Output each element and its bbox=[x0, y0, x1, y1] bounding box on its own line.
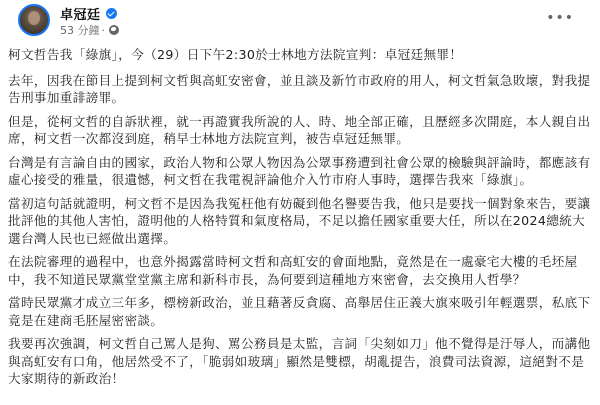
verified-badge-icon bbox=[106, 8, 117, 19]
post-paragraph: 去年，因我在節目上提到柯文哲與高虹安密會，並且談及新竹市政府的用人，柯文哲氣急敗… bbox=[8, 72, 592, 107]
post-paragraph: 我要再次強調，柯文哲自己罵人是狗、罵公務員是太監，言詞「尖刻如刀」他不覺得是汙辱… bbox=[8, 335, 592, 388]
post-timestamp[interactable]: 53 分鐘 bbox=[60, 22, 100, 38]
post-header: 卓冠廷 53 分鐘 · ••• bbox=[8, 0, 592, 46]
post-meta: 53 分鐘 · bbox=[60, 22, 119, 38]
post-paragraph: 當初這句話就證明，柯文哲不是因為我冤枉他有妨礙到他名譽要告我，他只是要找一個對象… bbox=[8, 195, 592, 248]
post-paragraph: 當時民眾黨才成立三年多，標榜新政治，並且藉著反貪腐、高舉居住正義大旗來吸引年輕選… bbox=[8, 294, 592, 329]
facebook-post: 卓冠廷 53 分鐘 · ••• 柯文哲告我「綠旗」，今（29）日下午2:30於士… bbox=[0, 0, 600, 405]
post-paragraph: 但是，從柯文哲的自訴狀裡，就一再證實我所說的人、時、地全部正確，且歷經多次開庭，… bbox=[8, 113, 592, 148]
post-body: 柯文哲告我「綠旗」，今（29）日下午2:30於士林地方法院宣判：卓冠廷無罪！ 去… bbox=[8, 46, 592, 388]
post-paragraph: 台灣是有言論自由的國家，政治人物和公眾人物因為公眾事務遭到社會公眾的檢驗與評論時… bbox=[8, 154, 592, 189]
more-options-button[interactable]: ••• bbox=[546, 10, 574, 26]
author-row: 卓冠廷 bbox=[60, 4, 117, 23]
meta-separator: · bbox=[102, 24, 106, 37]
avatar[interactable] bbox=[18, 4, 50, 36]
author-name[interactable]: 卓冠廷 bbox=[60, 4, 101, 23]
post-paragraph: 柯文哲告我「綠旗」，今（29）日下午2:30於士林地方法院宣判：卓冠廷無罪！ bbox=[8, 46, 592, 64]
globe-icon bbox=[109, 25, 119, 35]
post-paragraph: 在法院審理的過程中，也意外揭露當時柯文哲和高虹安的會面地點，竟然是在一處豪宅大樓… bbox=[8, 253, 592, 288]
